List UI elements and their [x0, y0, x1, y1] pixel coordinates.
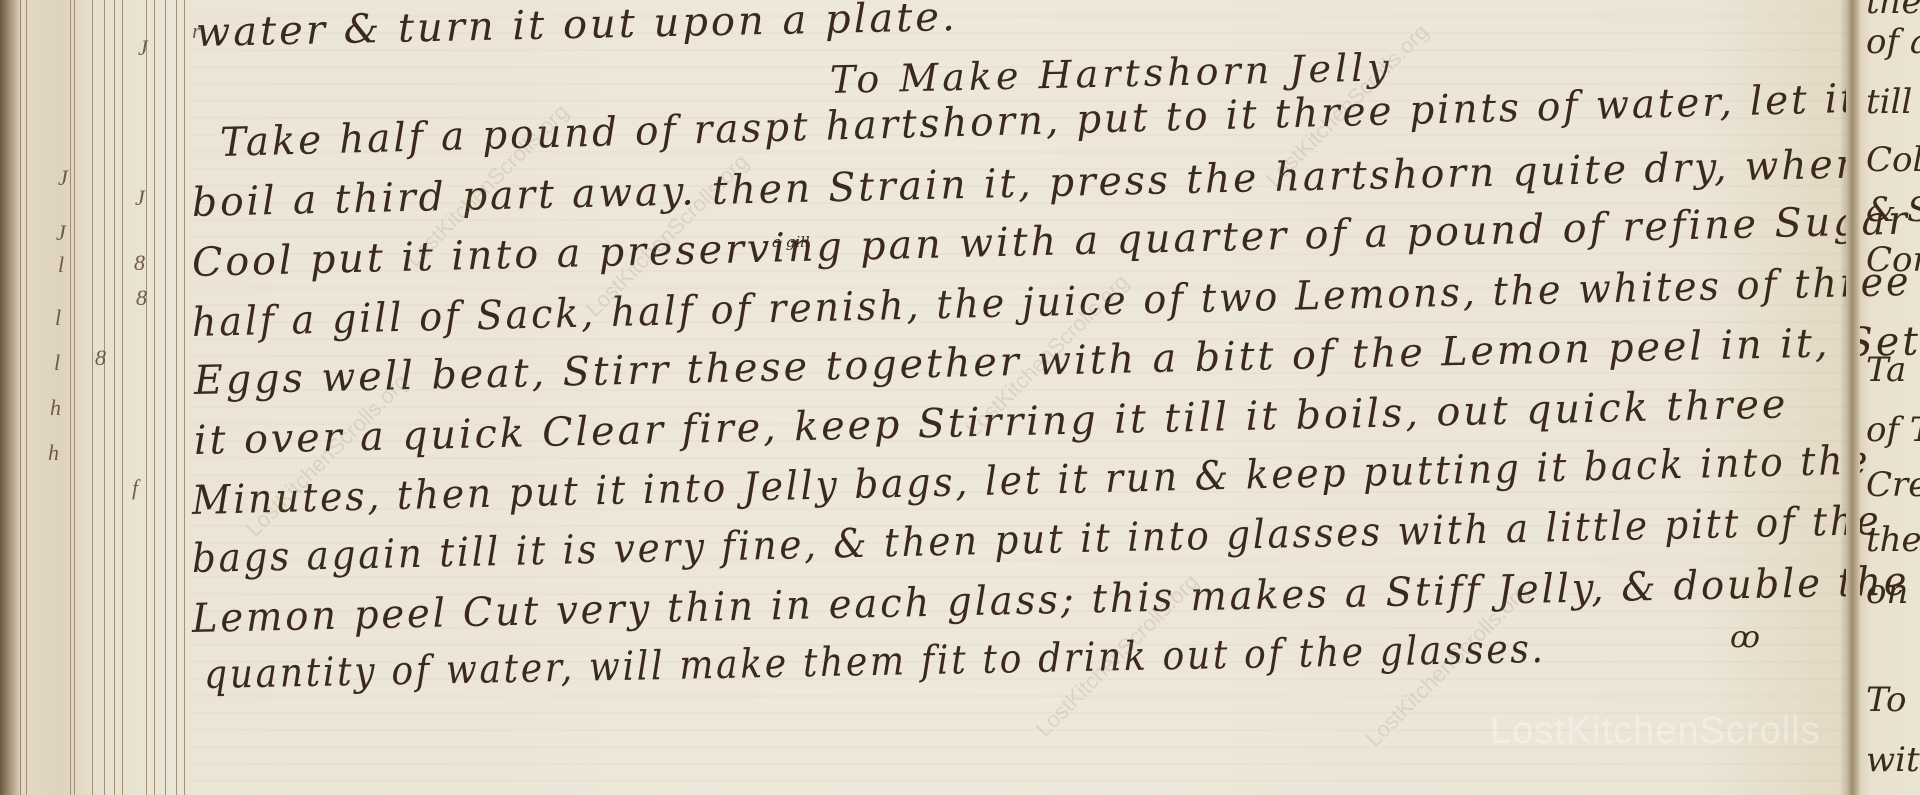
edge-glyph: J: [58, 165, 68, 191]
right-page-fragment: till: [1866, 82, 1912, 122]
page-edge-line: [154, 0, 155, 795]
page-edge-line: [146, 0, 147, 795]
edge-glyph: h: [48, 440, 59, 466]
page-edge-line: [92, 0, 93, 795]
edge-glyph: J: [135, 185, 145, 211]
right-page-fragment: Crea: [1866, 465, 1920, 505]
edge-glyph: l: [58, 252, 64, 278]
page-edge-line: [114, 0, 115, 795]
page-edge-line: [70, 0, 71, 795]
page-edge-line: [122, 0, 123, 795]
right-page-fragment: Cold: [1866, 140, 1920, 180]
right-page-fragment: of a: [1866, 22, 1920, 62]
edge-glyph: J: [138, 35, 148, 61]
manuscript-book: r J J J 8 8 8 J l l l h h f water & turn…: [0, 0, 1920, 795]
right-page-fragment: To: [1866, 680, 1907, 720]
page-edge-line: [74, 0, 75, 795]
right-page-fragment: of T: [1866, 410, 1920, 450]
right-page-fragment: on i: [1866, 572, 1920, 612]
page-edge-line: [20, 0, 21, 795]
previous-recipe-tail: water & turn it out upon a plate.: [196, 0, 959, 56]
page-edge-line: [176, 0, 177, 795]
page-edge-line: [165, 0, 166, 795]
right-page-fragment: & St: [1866, 190, 1920, 230]
edge-glyph: J: [56, 220, 66, 246]
page-edge-line: [184, 0, 185, 795]
end-flourish-mark: ꝏ: [1730, 620, 1763, 655]
edge-glyph: l: [55, 305, 61, 331]
edge-glyph: f: [132, 475, 138, 501]
right-page-fragment: then: [1866, 520, 1920, 560]
edge-glyph: 8: [134, 250, 145, 276]
right-page-fragment: the: [1866, 0, 1920, 22]
page-edge-line: [104, 0, 105, 795]
edge-glyph: 8: [95, 345, 106, 371]
watermark-footer: LostKitchenScrolls: [1490, 710, 1821, 753]
edge-glyph: h: [50, 395, 61, 421]
main-page: water & turn it out upon a plate. To Mak…: [190, 0, 1850, 795]
edge-glyph: l: [54, 350, 60, 376]
right-page-fragment: Ta: [1866, 350, 1906, 390]
right-page: the of a till Cold & St Corn Ta of T Cre…: [1860, 0, 1920, 795]
edge-glyph: 8: [136, 285, 147, 311]
right-page-fragment: Corn: [1866, 240, 1920, 280]
right-page-fragment: with a: [1866, 740, 1920, 780]
page-edge-line: [26, 0, 27, 795]
left-page-edges: r J J J 8 8 8 J l l l h h f: [0, 0, 190, 795]
book-gutter: [1846, 0, 1860, 795]
